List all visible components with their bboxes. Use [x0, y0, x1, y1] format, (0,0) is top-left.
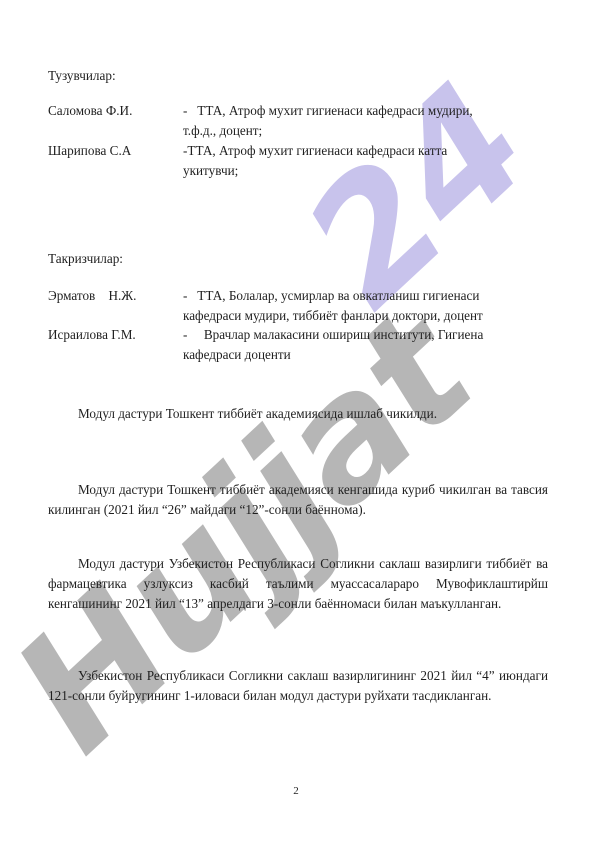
- person-description: - ТТА, Болалар, усмирлар ва овкатланиш г…: [183, 286, 551, 326]
- reviewers-heading: Такризчилар:: [48, 249, 123, 269]
- person-description: - Врачлар малакасини ошириш институти, Г…: [183, 325, 551, 365]
- paragraph-ministry-council: Модул дастури Узбекистон Республикаси Со…: [48, 554, 548, 614]
- person-name: Эрматов Н.Ж.: [48, 286, 183, 306]
- paragraph-developed: Модул дастури Тошкент тиббиёт академияси…: [48, 404, 548, 424]
- document-content: Тузувчилар: Саломова Ф.И. - ТТА, Атроф м…: [0, 0, 596, 842]
- compilers-heading: Тузувчилар:: [48, 66, 116, 86]
- person-description: -ТТА, Атроф мухит гигиенаси кафедраси ка…: [183, 141, 551, 181]
- person-name: Саломова Ф.И.: [48, 101, 183, 121]
- document-page: Hujjat24 Тузувчилар: Саломова Ф.И. - ТТА…: [0, 0, 596, 842]
- reviewer-row: Эрматов Н.Ж. - ТТА, Болалар, усмирлар ва…: [48, 286, 551, 326]
- paragraph-ministry-order: Узбекистон Республикаси Согликни саклаш …: [48, 666, 548, 706]
- paragraph-academy-council: Модул дастури Тошкент тиббиёт академияси…: [48, 480, 548, 520]
- reviewer-row: Исраилова Г.М. - Врачлар малакасини ошир…: [48, 325, 551, 365]
- compiler-row: Саломова Ф.И. - ТТА, Атроф мухит гигиена…: [48, 101, 551, 141]
- person-name: Шарипова С.А: [48, 141, 183, 161]
- person-description: - ТТА, Атроф мухит гигиенаси кафедраси м…: [183, 101, 551, 141]
- compiler-row: Шарипова С.А -ТТА, Атроф мухит гигиенаси…: [48, 141, 551, 181]
- person-name: Исраилова Г.М.: [48, 325, 183, 345]
- page-number: 2: [0, 781, 592, 801]
